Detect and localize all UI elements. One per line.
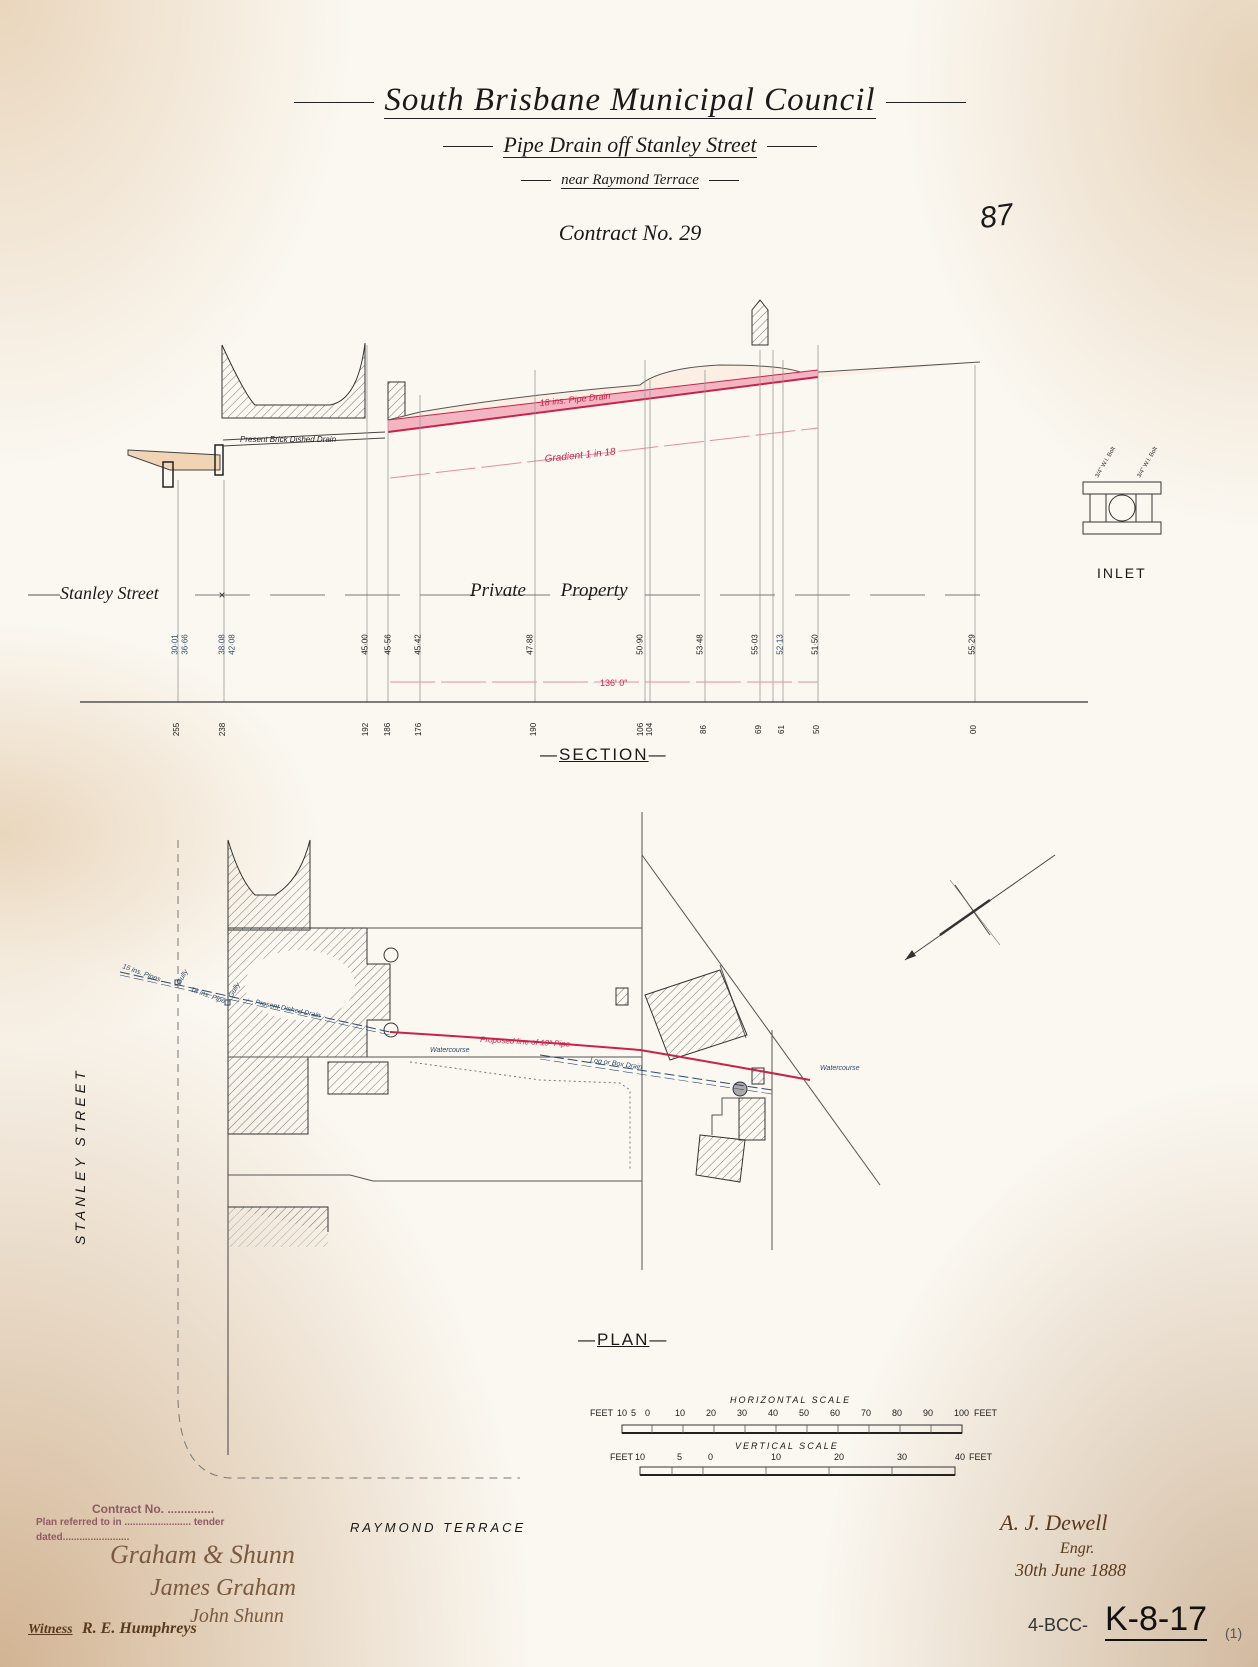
chainage: 255 <box>172 723 181 736</box>
scale-unit: FEET <box>590 1408 613 1418</box>
level-surface: 38·08 <box>218 634 227 654</box>
scale-tick: 100 <box>954 1408 974 1418</box>
level-surface: 52·13 <box>776 634 785 654</box>
scale-tick: 10 <box>675 1408 706 1418</box>
level-surface: 47·88 <box>526 634 535 654</box>
plan-drawing: 15 ins. Pipes Gully 18 ins. Pipe Gully P… <box>120 812 1055 1478</box>
scale-tick: 5 <box>631 1408 645 1418</box>
plan-heading-text: PLAN <box>597 1330 649 1349</box>
vertical-scale-ticks: FEET 10 5 0 10 20 30 40 FEET <box>610 1452 992 1462</box>
watercourse-label-2: Watercourse <box>820 1065 860 1072</box>
stamp-contract: Contract No. .............. <box>92 1502 214 1516</box>
witness-signature: R. E. Humphreys <box>82 1620 197 1638</box>
inlet-detail: 3/4" W.I. Bolt 3/4" W.I. Bolt <box>1083 446 1161 534</box>
plan-street-label: STANLEY STREET <box>72 1067 88 1245</box>
signature-john-shunn: John Shunn <box>190 1605 284 1628</box>
north-arrow-icon <box>905 855 1055 960</box>
street-boundary-mark: × <box>218 588 225 602</box>
section-property-label: Private Property <box>470 580 628 602</box>
signature-james-graham: James Graham <box>150 1575 296 1602</box>
scale-unit: FEET <box>969 1452 992 1462</box>
level-surface: 30·01 <box>171 634 180 654</box>
section-heading-text: SECTION <box>559 745 649 764</box>
plan-terrace-label: RAYMOND TERRACE <box>350 1520 526 1535</box>
scale-tick: 30 <box>737 1408 768 1418</box>
witness-label: Witness <box>28 1622 73 1638</box>
section-drawing: Present Brick Dished Drain 18 ins. Pipe … <box>28 300 1161 702</box>
scale-tick: 50 <box>799 1408 830 1418</box>
level-surface: 53·48 <box>696 634 705 654</box>
engineer-signature: A. J. Dewell <box>1000 1510 1108 1536</box>
scale-unit: FEET <box>610 1452 633 1462</box>
chainage: 192 <box>361 723 370 736</box>
scale-tick: 20 <box>834 1452 897 1462</box>
scale-tick: 10 <box>617 1408 631 1418</box>
scale-tick: 0 <box>645 1408 675 1418</box>
level-invert: 42·08 <box>228 634 237 654</box>
horizontal-scale-ticks: FEET 10 5 0 10 20 30 40 50 60 70 80 90 1… <box>590 1408 997 1418</box>
scale-tick: 30 <box>897 1452 955 1462</box>
section-street-label: Stanley Street <box>60 583 159 604</box>
bolt-label-left: 3/4" W.I. Bolt <box>1095 446 1118 479</box>
chainage: 190 <box>529 723 538 736</box>
chainage: 106 <box>636 723 645 736</box>
vertical-scale-bar <box>640 1467 955 1475</box>
chainage: 50 <box>812 725 821 734</box>
chainage: 176 <box>414 723 423 736</box>
gradient-label: Gradient 1 in 18 <box>544 447 616 465</box>
archive-suffix: (1) <box>1225 1625 1242 1641</box>
existing-drain-label: Present Brick Dished Drain <box>240 435 337 444</box>
scale-tick: 60 <box>830 1408 861 1418</box>
chainage: 186 <box>383 723 392 736</box>
plan-heading: —PLAN— <box>578 1330 668 1350</box>
horizontal-scale-bar <box>622 1425 962 1433</box>
level-invert: 36·66 <box>181 634 190 654</box>
level-surface: 55·03 <box>751 634 760 654</box>
scale-tick: 70 <box>861 1408 892 1418</box>
horizontal-scale-title: HORIZONTAL SCALE <box>730 1395 851 1405</box>
archive-prefix: 4-BCC- <box>1028 1615 1088 1636</box>
stamp-plan-ref: Plan referred to in ....................… <box>36 1517 224 1528</box>
level-surface: 50·90 <box>636 634 645 654</box>
archive-reference: K-8-17 <box>1105 1600 1207 1641</box>
box-drain-label: Log or Box Drain <box>590 1057 643 1071</box>
chainage: 00 <box>969 725 978 734</box>
chainage: 86 <box>699 725 708 734</box>
level-surface: 45·42 <box>414 634 423 654</box>
watercourse-label-1: Watercourse <box>430 1047 470 1054</box>
inlet-heading: INLET <box>1097 565 1147 581</box>
signature-firm: Graham & Shunn <box>110 1540 295 1570</box>
vertical-scale-title: VERTICAL SCALE <box>735 1441 839 1451</box>
span-label: 136' 0" <box>600 678 627 688</box>
chainage: 61 <box>777 725 786 734</box>
signature-date: 30th June 1888 <box>1015 1560 1126 1581</box>
plan-pipe-mid-label: 18 ins. Pipe <box>189 986 226 1005</box>
scale-tick: 10 <box>771 1452 834 1462</box>
scale-tick: 5 <box>677 1452 708 1462</box>
level-surface: 55·29 <box>968 634 977 654</box>
scale-tick: 40 <box>768 1408 799 1418</box>
section-heading: —SECTION— <box>540 745 668 765</box>
proposed-pipe-label: Proposed line of 18" Pipe <box>480 1035 571 1049</box>
bolt-label-right: 3/4" W.I. Bolt <box>1137 446 1160 479</box>
chainage: 69 <box>754 725 763 734</box>
scale-tick: 0 <box>708 1452 771 1462</box>
engineer-title: Engr. <box>1060 1540 1094 1558</box>
scale-tick: 10 <box>635 1452 677 1462</box>
level-surface: 45·56 <box>384 634 393 654</box>
level-surface: 51·50 <box>811 634 820 654</box>
scale-tick: 40 <box>955 1452 969 1462</box>
scale-unit: FEET <box>974 1408 997 1418</box>
scale-tick: 90 <box>923 1408 954 1418</box>
level-surface: 45·00 <box>361 634 370 654</box>
chainage: 104 <box>645 723 654 736</box>
scale-tick: 80 <box>892 1408 923 1418</box>
chainage: 238 <box>218 723 227 736</box>
scale-tick: 20 <box>706 1408 737 1418</box>
